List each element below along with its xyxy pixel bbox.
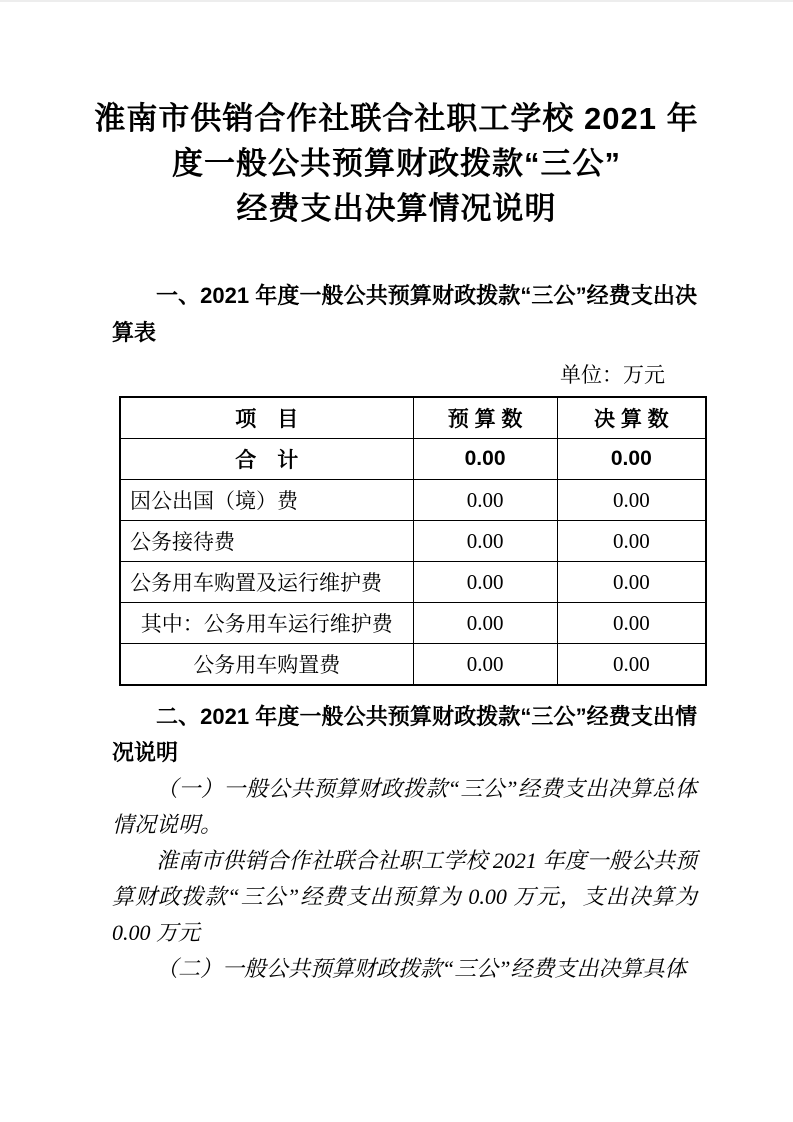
para-budget-detail: 淮南市供销合作社联合社职工学校 2021 年度一般公共预算财政拨款“三公”经费支… (112, 843, 697, 951)
final-cell: 0.00 (557, 603, 706, 644)
budget-cell: 0.00 (413, 439, 557, 480)
section1-heading: 一、2021 年度一般公共预算财政拨款“三公”经费支出决算表 (112, 277, 697, 351)
item-cell: 因公出国（境）费 (120, 480, 413, 521)
table-row-total: 合 计 0.00 0.00 (120, 439, 706, 480)
final-cell: 0.00 (557, 439, 706, 480)
table-header-row: 项 目 预 算 数 决 算 数 (120, 397, 706, 439)
document-title-line-1: 淮南市供销合作社联合社职工学校 2021 年 (0, 96, 793, 141)
unit-note: 单位：万元 (112, 357, 697, 394)
table-row-reception-fee: 公务接待费 0.00 0.00 (120, 521, 706, 562)
budget-cell: 0.00 (413, 603, 557, 644)
item-cell: 公务用车购置费 (120, 644, 413, 686)
document-title: 淮南市供销合作社联合社职工学校 2021 年 度一般公共预算财政拨款“三公” 经… (0, 96, 793, 231)
budget-cell: 0.00 (413, 480, 557, 521)
para-overall-note: （一）一般公共预算财政拨款“三公”经费支出决算总体情况说明。 (112, 771, 697, 843)
budget-cell: 0.00 (413, 562, 557, 603)
final-cell: 0.00 (557, 644, 706, 686)
three-public-expense-table: 项 目 预 算 数 决 算 数 合 计 0.00 0.00 因公出国（境）费 0… (119, 396, 707, 686)
col-header-final: 决 算 数 (557, 397, 706, 439)
document-body: 一、2021 年度一般公共预算财政拨款“三公”经费支出决算表 单位：万元 项 目… (112, 277, 697, 987)
item-cell: 公务用车购置及运行维护费 (120, 562, 413, 603)
para-specific-intro: （二）一般公共预算财政拨款“三公”经费支出决算具体 (112, 951, 697, 987)
col-header-budget: 预 算 数 (413, 397, 557, 439)
final-cell: 0.00 (557, 480, 706, 521)
item-cell: 合 计 (120, 439, 413, 480)
section2-heading: 二、2021 年度一般公共预算财政拨款“三公”经费支出情况说明 (112, 699, 697, 771)
budget-cell: 0.00 (413, 644, 557, 686)
document-title-line-2: 度一般公共预算财政拨款“三公” (0, 141, 793, 186)
document-page: 淮南市供销合作社联合社职工学校 2021 年 度一般公共预算财政拨款“三公” 经… (0, 0, 793, 1122)
table-row-abroad-fee: 因公出国（境）费 0.00 0.00 (120, 480, 706, 521)
item-cell: 其中：公务用车运行维护费 (120, 603, 413, 644)
budget-cell: 0.00 (413, 521, 557, 562)
final-cell: 0.00 (557, 562, 706, 603)
table-row-vehicle-operation: 其中：公务用车运行维护费 0.00 0.00 (120, 603, 706, 644)
table-row-vehicle-purchase: 公务用车购置费 0.00 0.00 (120, 644, 706, 686)
item-cell: 公务接待费 (120, 521, 413, 562)
document-title-line-3: 经费支出决算情况说明 (0, 186, 793, 231)
section2: 二、2021 年度一般公共预算财政拨款“三公”经费支出情况说明 （一）一般公共预… (112, 699, 697, 987)
table-row-vehicle-total: 公务用车购置及运行维护费 0.00 0.00 (120, 562, 706, 603)
final-cell: 0.00 (557, 521, 706, 562)
col-header-item: 项 目 (120, 397, 413, 439)
